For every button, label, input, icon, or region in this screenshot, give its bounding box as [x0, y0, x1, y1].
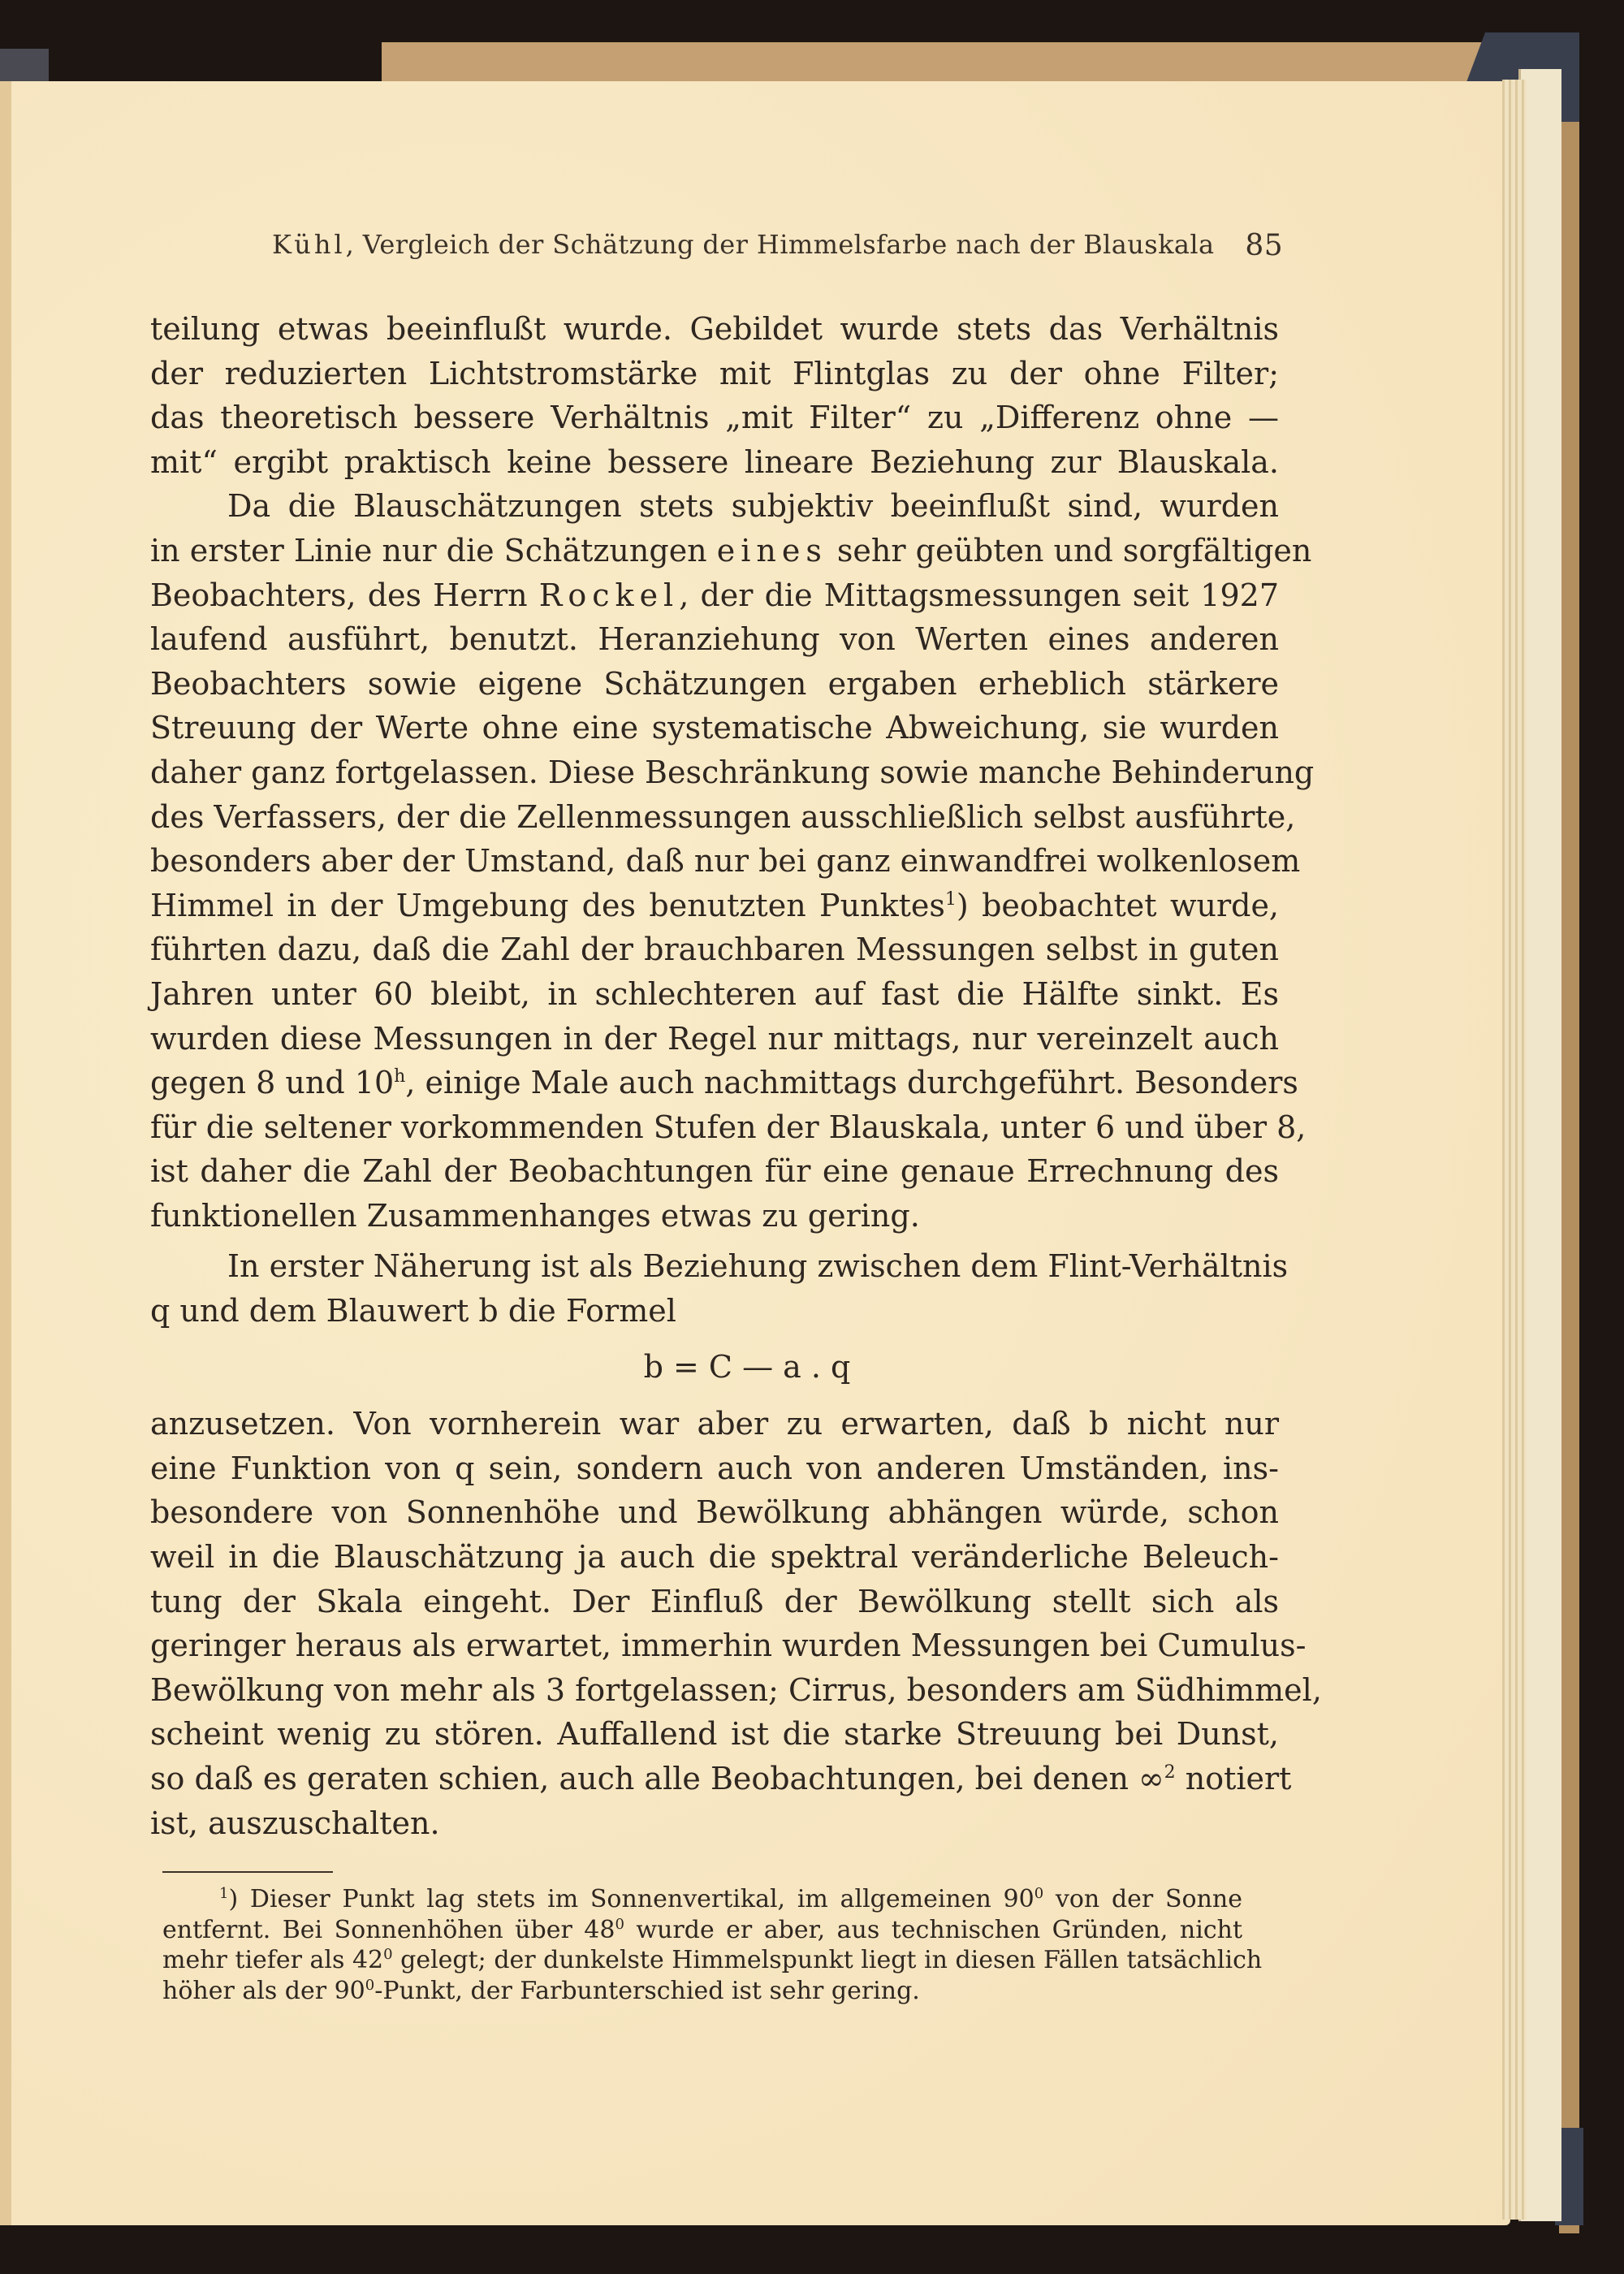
body-text: teilung etwas beeinflußt wurde. Gebildet… — [150, 307, 1279, 1845]
text-line: besondere von Sonnenhöhe und Bewölkung a… — [150, 1490, 1279, 1535]
footnote-line: höher als der 900-Punkt, der Farbuntersc… — [162, 1976, 1242, 2007]
footnote-line: mehr tiefer als 420 gelegt; der dunkelst… — [162, 1945, 1242, 1976]
text-line: scheint wenig zu stören. Auffallend ist … — [150, 1712, 1279, 1757]
text-line: in erster Linie nur die Schätzungen eine… — [150, 529, 1279, 573]
paragraph-1: teilung etwas beeinflußt wurde. Gebildet… — [150, 307, 1279, 484]
text-line: Bewölkung von mehr als 3 fortgelassen; C… — [150, 1668, 1279, 1713]
text-line: Beobachters, des Herrn Rockel, der die M… — [150, 573, 1279, 618]
text-line: so daß es geraten schien, auch alle Beob… — [150, 1757, 1279, 1801]
text-line: Himmel in der Umgebung des benutzten Pun… — [150, 884, 1279, 928]
text-line: wurden diese Messungen in der Regel nur … — [150, 1017, 1279, 1061]
formula: b = C — a . q — [150, 1345, 1279, 1390]
text-line: Da die Blauschätzungen stets subjektiv b… — [150, 484, 1279, 529]
text-line: mit“ ergibt praktisch keine bessere line… — [150, 440, 1279, 485]
text-line: ist daher die Zahl der Beobachtungen für… — [150, 1149, 1279, 1194]
paragraph-4: anzusetzen. Von vornherein war aber zu e… — [150, 1402, 1279, 1845]
emphasis: eines — [717, 533, 827, 568]
text-line: funktionellen Zusammenhanges etwas zu ge… — [150, 1194, 1279, 1239]
text-line: Streuung der Werte ohne eine systematisc… — [150, 706, 1279, 750]
text-line: das theoretisch bessere Verhältnis „mit … — [150, 396, 1279, 440]
text-line: weil in die Blauschätzung ja auch die sp… — [150, 1535, 1279, 1580]
text-line: Jahren unter 60 bleibt, in schlechteren … — [150, 972, 1279, 1017]
text-line: Beobachters sowie eigene Schätzungen erg… — [150, 662, 1279, 707]
text-line: eine Funktion von q sein, sondern auch v… — [150, 1446, 1279, 1491]
footnote-marker: 1 — [219, 1885, 228, 1902]
footnote-line: 1) Dieser Punkt lag stets im Sonnenverti… — [162, 1884, 1242, 1915]
paragraph-2: Da die Blauschätzungen stets subjektiv b… — [150, 484, 1279, 1238]
running-header: Kühl, Vergleich der Schätzung der Himmel… — [272, 229, 1283, 260]
text-line: q und dem Blauwert b die Formel — [150, 1289, 1279, 1334]
text-line: teilung etwas beeinflußt wurde. Gebildet… — [150, 307, 1279, 352]
page-number: 85 — [1245, 229, 1283, 262]
footnote-divider — [162, 1871, 333, 1873]
paragraph-3: In erster Näherung ist als Beziehung zwi… — [150, 1244, 1279, 1333]
header-author: Kühl — [272, 229, 346, 260]
text-line: für die seltener vorkommenden Stufen der… — [150, 1105, 1279, 1150]
cloth-corner-top-left — [0, 49, 49, 81]
text-line: gegen 8 und 10h, einige Male auch nachmi… — [150, 1061, 1279, 1105]
footnote-line: entfernt. Bei Sonnenhöhen über 480 wurde… — [162, 1915, 1242, 1946]
text-line: des Verfassers, der die Zellenmessungen … — [150, 795, 1279, 840]
book-cover-right — [1559, 122, 1579, 2233]
page-gutter — [0, 81, 11, 2225]
text-line: laufend ausführt, benutzt. Heranziehung … — [150, 617, 1279, 662]
text-line: ist, auszuschalten. — [150, 1801, 1279, 1846]
text-line: besonders aber der Umstand, daß nur bei … — [150, 839, 1279, 884]
text-line: daher ganz fortgelassen. Diese Beschränk… — [150, 750, 1279, 795]
text-line: anzusetzen. Von vornherein war aber zu e… — [150, 1402, 1279, 1446]
text-line: tung der Skala eingeht. Der Einfluß der … — [150, 1580, 1279, 1624]
text-line: In erster Näherung ist als Beziehung zwi… — [150, 1244, 1279, 1289]
footnote: 1) Dieser Punkt lag stets im Sonnenverti… — [162, 1884, 1242, 2006]
page-edges — [1502, 80, 1527, 2220]
text-line: führten dazu, daß die Zahl der brauchbar… — [150, 927, 1279, 972]
footnote-ref[interactable]: 1 — [945, 889, 957, 910]
header-title: , Vergleich der Schätzung der Himmelsfar… — [346, 229, 1215, 260]
text-line: geringer heraus als erwartet, immerhin w… — [150, 1623, 1279, 1668]
person-name: Rockel — [539, 577, 679, 613]
text-line: der reduzierten Lichtstromstärke mit Fli… — [150, 352, 1279, 396]
